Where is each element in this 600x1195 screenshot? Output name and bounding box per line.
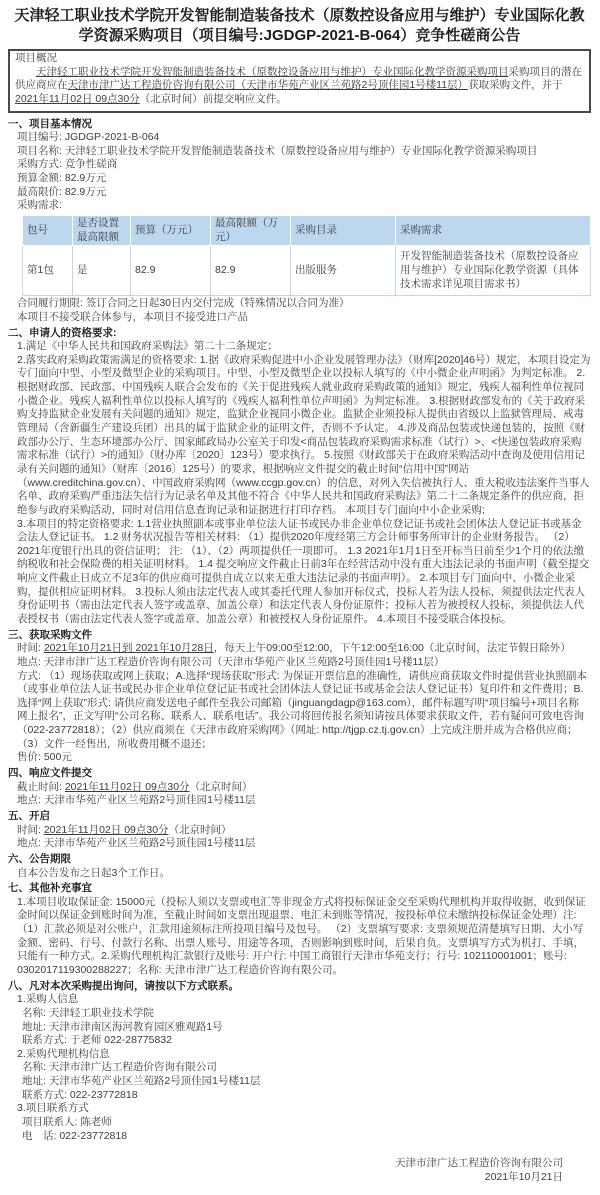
overview-mid2: 获取采购文件，并于 xyxy=(468,79,563,91)
col-header-requirement: 采购需求 xyxy=(396,216,591,246)
requirements-table-header: 包号 是否设置最高限额 预算（万元） 最高限额（万元） 采购目录 采购需求 xyxy=(23,216,591,246)
max-price-line: 最高限价: 82.9万元 xyxy=(17,186,591,200)
section-submit-response: 四、响应文件提交 截止时间: 2021年11月02日 09点30分（北京时间） … xyxy=(8,767,591,808)
obtain-price-line: 售价: 500元 xyxy=(17,751,591,765)
other-matters-p1: 1.本项目收取保证金: 15000元（投标人须以支票或电汇等非现金方式将投标保证… xyxy=(17,896,591,978)
purchaser-contact-line: 联系方式: 于老师 022-28775832 xyxy=(22,1034,591,1048)
col-header-budget: 预算（万元） xyxy=(131,216,211,246)
purchaser-address-line: 地址: 天津市津南区海河教育园区雅观路1号 xyxy=(22,1021,591,1035)
cell-catalog: 出版服务 xyxy=(291,246,396,296)
agency-info-label: 2.采购代理机构信息 xyxy=(17,1048,591,1062)
qualification-p2: 2.落实政府采购政策需满足的资格要求: 1.据《政府采购促进中小企业发展管理办法… xyxy=(17,354,591,518)
signature-org: 天津市津广达工程造价咨询有限公司 xyxy=(8,1157,563,1171)
requirement-label-line: 采购需求: xyxy=(17,199,591,213)
obtain-way-line: 方式: （1）现场获取或网上获取；A.选择“现场获取”形式: 为保证开票信息的准… xyxy=(17,670,591,752)
col-header-package: 包号 xyxy=(23,216,73,246)
signature-date: 2021年10月21日 xyxy=(8,1171,563,1185)
table-row: 第1包 是 82.9 82.9 出版服务 开发智能制造装备技术（原数控设备应用与… xyxy=(23,246,591,296)
col-header-has-cap: 是否设置最高限额 xyxy=(73,216,131,246)
section-other-heading: 七、其他补充事宜 xyxy=(8,882,591,896)
announcement-page: 天津轻工职业技术学院开发智能制造装备技术（原数控设备应用与维护）专业国际化教学资… xyxy=(0,0,600,1195)
col-header-max: 最高限额（万元） xyxy=(211,216,291,246)
opening-time-label: 时间: xyxy=(17,824,44,836)
section-qualifications-heading: 二、申请人的资格要求: xyxy=(8,327,591,341)
opening-place-line: 地点: 天津市华苑产业区兰苑路2号顶佳园1号楼11层 xyxy=(17,837,591,851)
procurement-method-line: 采购方式: 竞争性磋商 xyxy=(17,158,591,172)
opening-time-value: 2021年11月02日 09点30分 xyxy=(44,824,169,836)
project-number-line: 项目编号: JGDGP-2021-B-064 xyxy=(17,131,591,145)
section-period-heading: 六、公告期限 xyxy=(8,853,591,867)
project-overview-box: 项目概况 天津轻工职业技术学院开发智能制造装备技术（原数控设备应用与维护）专业国… xyxy=(8,49,591,113)
purchaser-name-line: 名称: 天津轻工职业技术学院 xyxy=(22,1007,591,1021)
cell-package: 第1包 xyxy=(23,246,73,296)
section-basic-info-heading: 一、项目基本情况 xyxy=(8,118,591,132)
overview-label: 项目概况 xyxy=(15,52,584,66)
agency-contact-line: 联系方式: 022-23772818 xyxy=(22,1089,591,1103)
section-obtain-heading: 三、获取采购文件 xyxy=(8,629,591,643)
agency-address-line: 地址: 天津市华苑产业区兰苑路2号顶佳园1号楼11层 xyxy=(22,1075,591,1089)
submit-place-line: 地点: 天津市华苑产业区兰苑路2号顶佳园1号楼11层 xyxy=(17,794,591,808)
signature-block: 天津市津广达工程造价咨询有限公司 2021年10月21日 xyxy=(8,1157,591,1184)
cell-requirement: 开发智能制造装备技术（原数控设备应用与维护）专业国际化教学资源（具体技术需求详见… xyxy=(396,246,591,296)
col-header-catalog: 采购目录 xyxy=(291,216,396,246)
submit-deadline-value: 2021年11月02日 09点30分 xyxy=(65,781,190,793)
submit-deadline-line: 截止时间: 2021年11月02日 09点30分（北京时间） xyxy=(17,781,591,795)
contract-period-line: 合同履行期限: 签订合同之日起30日内交付完成（特殊情况以合同为准） xyxy=(17,297,591,311)
section-announcement-period: 六、公告期限 自本公告发布之日起3个工作日。 xyxy=(8,853,591,880)
section-contacts-heading: 八、凡对本次采购提出询问，请按以下方式联系。 xyxy=(8,980,591,994)
section-opening: 五、开启 时间: 2021年11月02日 09点30分（北京时间） 地点: 天津… xyxy=(8,810,591,851)
section-submit-heading: 四、响应文件提交 xyxy=(8,767,591,781)
project-name-line: 项目名称: 天津轻工职业技术学院开发智能制造装备技术（原数控设备应用与维护）专业… xyxy=(17,145,591,159)
submit-deadline-rest: （北京时间） xyxy=(190,781,253,793)
no-joint-line: 本项目不接受联合体参与，本项目不接受进口产品 xyxy=(17,311,591,325)
qualification-p1: 1.满足《中华人民共和国政府采购法》第二十二条规定； xyxy=(17,340,591,354)
section-other-matters: 七、其他补充事宜 1.本项目收取保证金: 15000元（投标人须以支票或电汇等非… xyxy=(8,882,591,977)
period-body-line: 自本公告发布之日起3个工作日。 xyxy=(17,867,591,881)
opening-time-rest: （北京时间） xyxy=(169,824,232,836)
section-opening-heading: 五、开启 xyxy=(8,810,591,824)
obtain-time-line: 时间: 2021年10月21日到 2021年10月28日，每天上午09:00至1… xyxy=(17,642,591,656)
project-contact-name-line: 项目联系人: 陈老师 xyxy=(22,1116,591,1130)
overview-deadline: 2021年11月02日 09点30分 xyxy=(15,93,140,105)
overview-project-name: 天津轻工职业技术学院开发智能制造装备技术（原数控设备应用与维护）专业国际化教学资… xyxy=(36,66,509,78)
agency-name-line: 名称: 天津市津广达工程造价咨询有限公司 xyxy=(22,1061,591,1075)
page-title: 天津轻工职业技术学院开发智能制造装备技术（原数控设备应用与维护）专业国际化教学资… xyxy=(10,6,589,45)
cell-max: 82.9 xyxy=(211,246,291,296)
cell-has-cap: 是 xyxy=(73,246,131,296)
submit-deadline-label: 截止时间: xyxy=(17,781,65,793)
overview-agency-address: 天津市津广达工程造价咨询有限公司（天津市华苑产业区兰苑路2号顶佳园1号楼11层） xyxy=(68,79,469,91)
section-basic-info: 一、项目基本情况 项目编号: JGDGP-2021-B-064 项目名称: 天津… xyxy=(8,118,591,325)
section-qualifications: 二、申请人的资格要求: 1.满足《中华人民共和国政府采购法》第二十二条规定； 2… xyxy=(8,327,591,627)
section-obtain-documents: 三、获取采购文件 时间: 2021年10月21日到 2021年10月28日，每天… xyxy=(8,629,591,765)
overview-end: （北京时间）前提交响应文件。 xyxy=(140,93,287,105)
project-contact-label: 3.项目联系方式 xyxy=(17,1102,591,1116)
obtain-time-range: 2021年10月21日到 2021年10月28日 xyxy=(44,642,214,654)
obtain-time-rest: ，每天上午09:00至12:00，下午12:00至16:00（北京时间，法定节假… xyxy=(214,642,571,654)
project-contact-phone-line: 电 话: 022-23772818 xyxy=(22,1130,591,1144)
obtain-place-line: 地点: 天津市津广达工程造价咨询有限公司（天津市华苑产业区兰苑路2号顶佳园1号楼… xyxy=(17,656,591,670)
overview-text: 天津轻工职业技术学院开发智能制造装备技术（原数控设备应用与维护）专业国际化教学资… xyxy=(15,66,584,107)
opening-time-line: 时间: 2021年11月02日 09点30分（北京时间） xyxy=(17,824,591,838)
budget-line: 预算金额: 82.9万元 xyxy=(17,172,591,186)
section-contacts: 八、凡对本次采购提出询问，请按以下方式联系。 1.采购人信息 名称: 天津轻工职… xyxy=(8,980,591,1144)
cell-budget: 82.9 xyxy=(131,246,211,296)
purchaser-info-label: 1.采购人信息 xyxy=(17,993,591,1007)
qualification-p3: 3.本项目的特定资格要求: 1.1营业执照副本或事业单位法人证书或民办非企业单位… xyxy=(17,518,591,627)
obtain-time-label: 时间: xyxy=(17,642,44,654)
requirements-table: 包号 是否设置最高限额 预算（万元） 最高限额（万元） 采购目录 采购需求 第1… xyxy=(22,215,591,296)
